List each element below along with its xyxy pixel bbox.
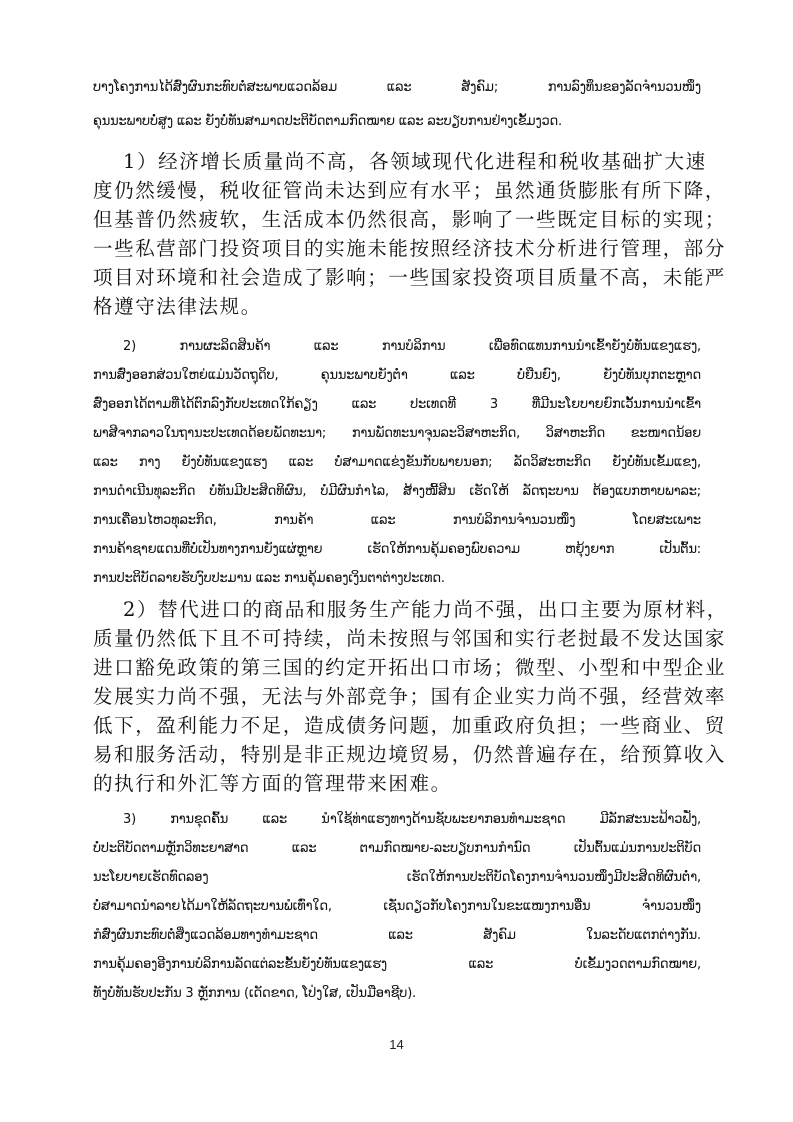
text-segment: ບໍ່ປະຕິບັດຕາມຫຼັກວິທະຍາສາດ: [93, 839, 248, 859]
text-segment: ການພັດທະນາຈຸນລະວິສາຫະກິດ,: [352, 424, 520, 444]
lao-line: ບໍ່ປະຕິບັດຕາມຫຼັກວິທະຍາສາດ ແລະ ຕາມກົດໝາຍ…: [93, 839, 701, 859]
text-segment: ບໍ່ຍືນຍົງ,: [517, 366, 561, 386]
text-segment: ການຜະລິດສິນຄ້າ: [179, 337, 270, 357]
lao-line: ການຄ້າຊາຍແດນທີ່ບໍ່ເປັນທາງການຍັງແຜ່ຫຼາຍ ເ…: [93, 540, 701, 560]
text-segment: ການຂຸດຄົ້ນ: [170, 810, 228, 830]
text-segment: ໂດຍສະເພາະ: [633, 511, 701, 531]
text-segment: ທີ່ມີນະໂຍບາຍຍົກເວັ້ນການນຳເຂົ້າ: [532, 395, 701, 415]
text-segment: ບາງໂຄງການໄດ້ສົ່ງຜົນກະທົບຕໍ່ສະພາບແວດລ້ອມ: [93, 78, 337, 98]
text-segment: ການເຄື່ອນໄຫວທຸລະກິດ,: [93, 511, 217, 531]
lao-line: ບາງໂຄງການໄດ້ສົ່ງຜົນກະທົບຕໍ່ສະພາບແວດລ້ອມ …: [93, 78, 701, 98]
text-segment: ບໍ່ທັນມີປະສິດທິຜົນ,: [209, 482, 306, 502]
text-segment: ນຳໃຊ້ທ່າແຮງທາງດ້ານຊັບພະຍາກອນທຳມະຊາດ: [321, 810, 565, 830]
text-segment: ພາສີຈາກລາວໃນຖານະປະເທດດ້ອຍພັດທະນາ;: [93, 424, 326, 444]
chinese-line: 格遵守法律法规。: [93, 293, 701, 321]
text-segment: ເຮັດໃຫ້ການປະຕິບັດໂຄງການຈຳນວນໜຶ່ງມີປະສິດທ…: [407, 868, 701, 888]
text-segment: ການບໍລິການຈຳນວນໜຶ່ງ: [453, 511, 576, 531]
text-segment: ສັງຄົມ;: [461, 78, 498, 98]
chinese-line: 质量仍然低下且不可持续，尚未按照与邻国和实行老挝最不发达国家: [93, 625, 701, 653]
text-segment: ບໍ່ເຂັ້ມງວດຕາມກົດໝາຍ,: [575, 955, 701, 975]
lao-line: ການປະຕິບັດລາຍຮັບງົບປະມານ ແລະ ການຄຸ້ມຄອງເ…: [93, 569, 701, 589]
text-segment: ເປັນຕົ້ນແມ່ນການປະຕິບັດ: [574, 839, 701, 859]
text-segment: ວິສາຫະກິດ: [546, 424, 605, 444]
text-segment: ການລົງທຶນຂອງລັດຈຳນວນໜຶ່ງ: [548, 78, 701, 98]
lao-line: ກໍສົ່ງຜົນກະທົບຕໍ່ສິ່ງແວດລ້ອມທາງທຳມະຊາດ ແ…: [93, 926, 701, 946]
chinese-line: 一些私营部门投资项目的实施未能按照经济技术分析进行管理，部分: [93, 235, 701, 263]
text-segment: ຂະໜາດນ້ອຍ: [631, 424, 701, 444]
text-segment: ສົ່ງອອກໄດ້ຕາມທີ່ໄດ້ຕົກລົງກັບປະເທດໃກ້ຄຽງ: [93, 395, 318, 415]
text-segment: ຄຸນນະພາບຍັງຕ່ຳ: [321, 366, 408, 386]
text-segment: ແລະ: [450, 366, 475, 386]
text-segment: ຫຍຸ້ງຍາກ: [565, 540, 614, 560]
text-segment: ການຄ້າ: [274, 511, 313, 531]
chinese-line: 项目对环境和社会造成了影响；一些国家投资项目质量不高，未能严: [93, 264, 701, 292]
page-number: 14: [0, 1037, 793, 1052]
text-segment: ແລະ: [262, 810, 287, 830]
text-segment: ການຄ້າຊາຍແດນທີ່ບໍ່ເປັນທາງການຍັງແຜ່ຫຼາຍ: [93, 540, 322, 560]
text-segment: ຕ້ອງແບກຫາບພາລະ;: [593, 482, 701, 502]
text-segment: ລັດວິສະຫະກິດ: [514, 453, 591, 473]
text-segment: ບໍ່ມີຜົນກຳໄລ,: [320, 482, 389, 502]
chinese-line: 1）经济增长质量尚不高，各领域现代化进程和税收基础扩大速: [93, 148, 701, 176]
text-segment: ສັງຄົມ: [483, 926, 516, 946]
chinese-line: 的执行和外汇等方面的管理带来困难。: [93, 770, 701, 798]
text-segment: ເພື່ອທົດແທນການນຳເຂົ້າຍັງບໍ່ທັນແຂງແຮງ,: [489, 337, 701, 357]
chinese-line: 但基普仍然疲软，生活成本仍然很高，影响了一些既定目标的实现；: [93, 206, 701, 234]
text-segment: ແລະ: [352, 395, 377, 415]
text-segment: ການຄຸ້ມຄອງອີງການບໍລິການລັດແຕ່ລະຂັ້ນຍັງບໍ…: [93, 955, 387, 975]
text-segment: ມີລັກສະນະຟ້າວຟັ່ງ,: [600, 810, 701, 830]
text-segment: ກໍສົ່ງຜົນກະທົບຕໍ່ສິ່ງແວດລ້ອມທາງທຳມະຊາດ: [93, 926, 318, 946]
text-segment: ນະໂຍບາຍເຮັດທົດລອງ: [93, 868, 208, 888]
text-segment: ສ້າງໜີ້ສິນ: [403, 482, 455, 502]
text-segment: ຍັງບໍ່ທັນບຸກຕະຫຼາດ: [603, 366, 701, 386]
lao-line: ການເຄື່ອນໄຫວທຸລະກິດ, ການຄ້າ ແລະ ການບໍລິກ…: [93, 511, 701, 531]
text-segment: ບໍ່ສາມາດແຂ່ງຂັນກັບພາຍນອກ;: [335, 453, 493, 473]
chinese-line: 2）替代进口的商品和服务生产能力尚不强，出口主要为原材料，: [93, 596, 701, 624]
text-segment: 2): [123, 337, 136, 357]
text-segment: ການບໍລິການ: [382, 337, 446, 357]
text-segment: ກາງ: [139, 453, 160, 473]
text-segment: ຄຸນນະພາບບໍ່ສູງ ແລະ ຍັງບໍ່ທັນສາມາດປະຕິບັດ…: [93, 114, 562, 129]
text-segment: ບໍ່ສາມາດນຳລາຍໄດ້ມາໃຫ້ລັດຖະບານພໍເທົ່າໃດ,: [93, 897, 332, 917]
lao-line: ແລະ ກາງ ຍັງບໍ່ທັນແຂງແຮງ ແລະ ບໍ່ສາມາດແຂ່ງ…: [93, 453, 701, 473]
text-segment: ຕາມກົດໝາຍ-ລະບຽບການກຳນົດ: [360, 839, 531, 859]
text-segment: ຍັງບໍ່ທັນແຂງແຮງ: [182, 453, 268, 473]
lao-line: ການຄຸ້ມຄອງອີງການບໍລິການລັດແຕ່ລະຂັ້ນຍັງບໍ…: [93, 955, 701, 975]
text-segment: ແລະ: [314, 337, 339, 357]
lao-line: ພາສີຈາກລາວໃນຖານະປະເທດດ້ອຍພັດທະນາ; ການພັດ…: [93, 424, 701, 444]
text-segment: ຍັງບໍ່ທັນເຂັ້ມແຂງ,: [612, 453, 701, 473]
text-segment: ໃນລະດັບແຕກຕ່າງກັນ.: [586, 926, 701, 946]
text-segment: ແລະ: [93, 453, 118, 473]
text-segment: ຈຳນວນໜຶ່ງ: [642, 897, 701, 917]
lao-line: ບໍ່ສາມາດນຳລາຍໄດ້ມາໃຫ້ລັດຖະບານພໍເທົ່າໃດ, …: [93, 897, 701, 917]
text-segment: ແລະ: [469, 955, 494, 975]
lao-line: ທັງບໍ່ທັນຮັບປະກັນ 3 ຫຼັກການ (ເດັດຂາດ, ໂປ…: [93, 984, 701, 1004]
lao-line: ສົ່ງອອກໄດ້ຕາມທີ່ໄດ້ຕົກລົງກັບປະເທດໃກ້ຄຽງ …: [93, 395, 701, 415]
text-segment: ແລະ: [388, 926, 413, 946]
chinese-line: 进口豁免政策的第三国的约定开拓出口市场；微型、小型和中型企业: [93, 654, 701, 682]
text-segment: ເຮັດໃຫ້: [469, 482, 508, 502]
chinese-line: 易和服务活动，特别是非正规边境贸易，仍然普遍存在，给预算收入: [93, 741, 701, 769]
text-segment: ເຮັດໃຫ້ການຄຸ້ມຄອງພົບຄວາມ: [367, 540, 520, 560]
text-segment: ເຊັ່ນດຽວກັບໂຄງການໃນຂະແໜງການອື່ນ: [383, 897, 590, 917]
chinese-line: 发展实力尚不强，无法与外部竞争；国有企业实力尚不强，经营效率: [93, 683, 701, 711]
chinese-line: 低下，盈利能力不足，造成债务问题，加重政府负担；一些商业、贸: [93, 712, 701, 740]
text-segment: ປະເທດທີ: [410, 395, 456, 415]
lao-line: ການດຳເນີນທຸລະກິດ ບໍ່ທັນມີປະສິດທິຜົນ, ບໍ່…: [93, 482, 701, 502]
lao-line: ນະໂຍບາຍເຮັດທົດລອງ ເຮັດໃຫ້ການປະຕິບັດໂຄງກາ…: [93, 868, 701, 888]
text-segment: ລັດຖະບານ: [523, 482, 579, 502]
lao-line: ການສົ່ງອອກສ່ວນໃຫຍ່ແມ່ນວັດຖຸດິບ, ຄຸນນະພາບ…: [93, 366, 701, 386]
text-segment: ການປະຕິບັດລາຍຮັບງົບປະມານ ແລະ ການຄຸ້ມຄອງເ…: [93, 571, 445, 586]
lao-line: 3) ການຂຸດຄົ້ນ ແລະ ນຳໃຊ້ທ່າແຮງທາງດ້ານຊັບພ…: [93, 810, 701, 830]
text-segment: 3): [123, 810, 136, 830]
text-segment: ແລະ: [371, 511, 396, 531]
text-segment: ແລະ: [387, 78, 412, 98]
text-segment: 3: [490, 395, 498, 415]
lao-line: 2) ການຜະລິດສິນຄ້າ ແລະ ການບໍລິການ ເພື່ອທົ…: [93, 337, 701, 357]
text-segment: ການສົ່ງອອກສ່ວນໃຫຍ່ແມ່ນວັດຖຸດິບ,: [93, 366, 278, 386]
text-segment: ການດຳເນີນທຸລະກິດ: [93, 482, 195, 502]
text-segment: ແລະ: [289, 453, 314, 473]
text-segment: ເປັນຕົ້ນ:: [659, 540, 701, 560]
text-segment: ທັງບໍ່ທັນຮັບປະກັນ 3 ຫຼັກການ (ເດັດຂາດ, ໂປ…: [93, 986, 416, 1001]
chinese-line: 度仍然缓慢，税收征管尚未达到应有水平；虽然通货膨胀有所下降，: [93, 177, 701, 205]
lao-line: ຄຸນນະພາບບໍ່ສູງ ແລະ ຍັງບໍ່ທັນສາມາດປະຕິບັດ…: [93, 112, 701, 132]
text-segment: ແລະ: [292, 839, 317, 859]
